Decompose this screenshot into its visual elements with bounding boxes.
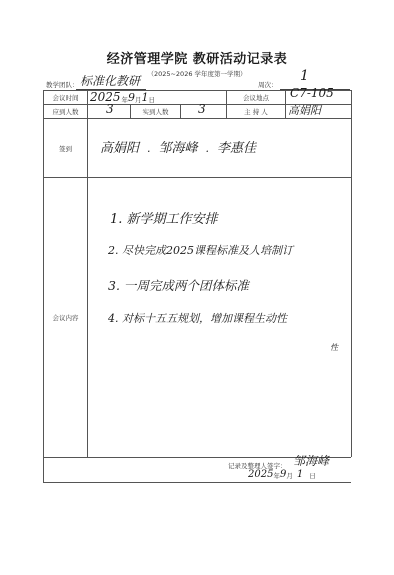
- location-label: 会议地点: [227, 91, 285, 104]
- actual-count-label: 实到人数: [131, 105, 180, 118]
- page-title: 经济管理学院 教研活动记录表: [0, 48, 394, 67]
- meeting-time-label: 会议时间: [44, 91, 87, 104]
- content-item-4: 4. 对标十五五规划，增加课程生动性: [108, 310, 350, 326]
- recorder-month-unit: 月: [286, 471, 293, 480]
- recorder-signature[interactable]: 邹海峰: [293, 452, 329, 469]
- meeting-date-day: 1: [142, 91, 149, 104]
- actual-count-value[interactable]: 3: [198, 102, 206, 116]
- signature-separator: .: [206, 142, 210, 155]
- expected-count-label: 应到人数: [44, 105, 87, 118]
- content-item-3: 3. 一周完成两个团体标准: [108, 276, 350, 310]
- recorder-date-day: 1: [297, 469, 303, 480]
- meeting-date-month: 9: [128, 91, 135, 104]
- content-trailing: 性: [330, 342, 338, 353]
- signature-separator: .: [147, 142, 151, 155]
- week-value[interactable]: 1: [300, 68, 309, 84]
- content-items[interactable]: 1. 新学期工作安排 2. 尽快完成2025课程标准及人培制订 3. 一周完成两…: [110, 208, 350, 326]
- signin-label: 签到: [44, 119, 87, 177]
- recorder-date[interactable]: 2025 年 9 月 1 日: [248, 469, 316, 480]
- team-value[interactable]: 标准化教研: [80, 72, 140, 89]
- recorder-date-year: 2025: [248, 469, 273, 480]
- academic-year-subtitle: （2025~2026 学年度第一学期）: [0, 69, 394, 78]
- content-label: 会议内容: [44, 178, 87, 457]
- host-value[interactable]: 高娟阳: [288, 102, 321, 118]
- meeting-date[interactable]: 2025 年 9 月 1 日: [90, 88, 155, 104]
- day-unit: 日: [149, 95, 156, 104]
- signin-signatures[interactable]: 高娟阳 . 邹海峰 . 李惠佳: [100, 137, 256, 156]
- signature-1: 高娟阳: [100, 137, 139, 156]
- recorder-day-unit: 日: [309, 471, 316, 480]
- signature-3: 李惠佳: [217, 137, 256, 156]
- week-label: 周次：: [258, 80, 278, 89]
- content-item-2: 2. 尽快完成2025课程标准及人培制订: [108, 242, 350, 276]
- content-item-1: 1. 新学期工作安排: [110, 208, 350, 242]
- location-value[interactable]: C7-105: [290, 86, 334, 100]
- expected-count-value[interactable]: 3: [106, 102, 114, 116]
- signature-2: 邹海峰: [159, 137, 198, 156]
- team-label: 教学团队：: [46, 80, 79, 89]
- host-label: 主 持 人: [227, 105, 285, 118]
